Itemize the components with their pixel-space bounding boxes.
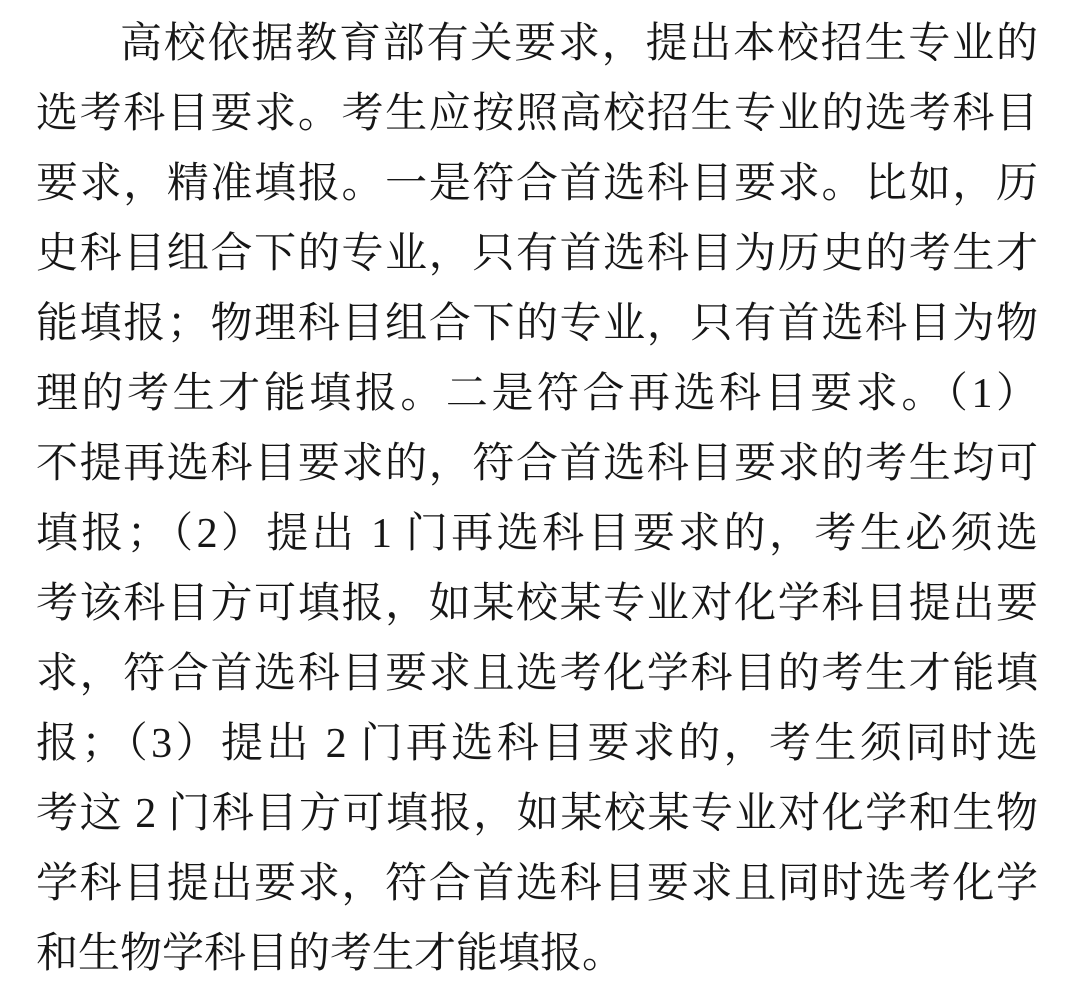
text-line: 学科目提出要求，符合首选科目要求且同时选考化学 [36, 849, 1038, 919]
text-line: 高校依据教育部有关要求，提出本校招生专业的 [36, 9, 1038, 79]
text-line: 求，符合首选科目要求且选考化学科目的考生才能填 [36, 639, 1038, 709]
text-line: 理的考生才能填报。二是符合再选科目要求。（1） [36, 359, 1038, 429]
text-line: 填报；（2）提出 1 门再选科目要求的，考生必须选 [36, 499, 1038, 569]
text-line: 考该科目方可填报，如某校某专业对化学科目提出要 [36, 569, 1038, 639]
text-line: 和生物学科目的考生才能填报。 [36, 919, 1038, 989]
document-page: 高校依据教育部有关要求，提出本校招生专业的 选考科目要求。考生应按照高校招生专业… [0, 0, 1080, 992]
text-line: 考这 2 门科目方可填报，如某校某专业对化学和生物 [36, 779, 1038, 849]
text-line: 不提再选科目要求的，符合首选科目要求的考生均可 [36, 429, 1038, 499]
text-line: 能填报；物理科目组合下的专业，只有首选科目为物 [36, 289, 1038, 359]
text-line: 选考科目要求。考生应按照高校招生专业的选考科目 [36, 79, 1038, 149]
text-line: 报；（3）提出 2 门再选科目要求的，考生须同时选 [36, 709, 1038, 779]
text-line: 史科目组合下的专业，只有首选科目为历史的考生才 [36, 219, 1038, 289]
text-line: 要求，精准填报。一是符合首选科目要求。比如，历 [36, 149, 1038, 219]
